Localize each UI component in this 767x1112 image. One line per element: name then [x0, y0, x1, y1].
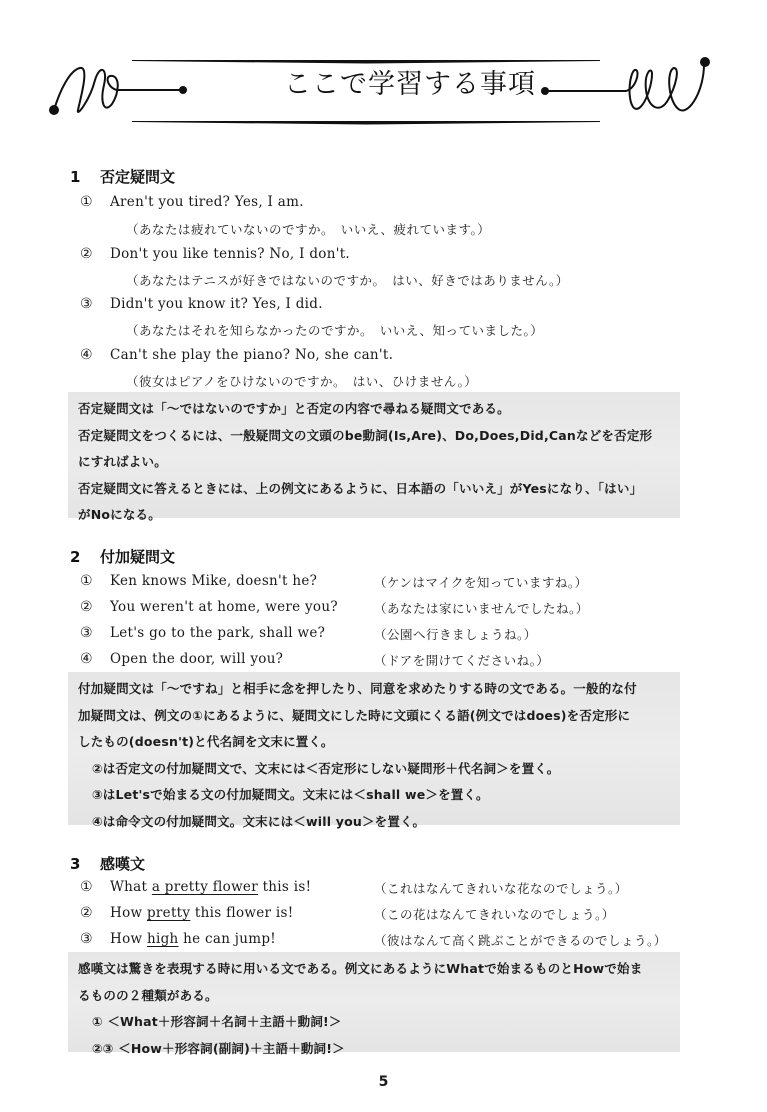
english-sentence: You weren't at home, were you?: [110, 599, 338, 615]
japanese-translation: （公園へ行きましょうね。）: [374, 625, 537, 643]
circled-number: ④: [80, 651, 93, 667]
japanese-translation: （あなたはそれを知らなかったのですか。 いいえ、知っていました。）: [126, 321, 543, 339]
explanation-line: ②③ ＜How＋形容詞(副詞)＋主語＋動詞!＞: [78, 1036, 670, 1063]
english-sentence: Didn't you know it? Yes, I did.: [110, 296, 323, 312]
page-number: 5: [0, 1074, 767, 1090]
explanation-line: 否定疑問文に答えるときには、上の例文にあるように、日本語の「いいえ」がYesにな…: [78, 476, 670, 503]
circled-number: ①: [80, 573, 93, 589]
explanation-line: したもの(doesn't)と代名詞を文末に置く。: [78, 729, 670, 756]
circled-number: ③: [80, 296, 93, 312]
japanese-translation: （あなたは家にいませんでしたね。）: [374, 599, 589, 617]
japanese-translation: （あなたは疲れていないのですか。 いいえ、疲れています。）: [126, 220, 490, 238]
explanation-line: にすればよい。: [78, 449, 670, 476]
explanation-line: 感嘆文は驚きを表現する時に用いる文である。例文にあるようにWhatで始まるものと…: [78, 956, 670, 983]
explanation-box: 付加疑問文は「～ですね」と相手に念を押したり、同意を求めたりする時の文である。一…: [68, 672, 680, 825]
japanese-translation: （この花はなんてきれいなのでしょう。）: [374, 905, 615, 923]
underlined-phrase: a pretty flower: [152, 879, 258, 895]
circled-number: ①: [80, 879, 93, 895]
section-title-text: 付加疑問文: [100, 548, 175, 566]
english-sentence: Don't you like tennis? No, I don't.: [110, 246, 350, 262]
circled-number: ②: [80, 246, 93, 262]
explanation-line: るものの２種類がある。: [78, 983, 670, 1010]
japanese-translation: （あなたはテニスが好きではないのですか。 はい、好きではありません。）: [126, 271, 569, 289]
section-heading-exclamations: 3感嘆文: [70, 853, 145, 874]
japanese-translation: （ケンはマイクを知っていますね。）: [374, 573, 588, 591]
japanese-translation: （ドアを開けてくださいね。）: [374, 651, 549, 669]
english-sentence: Aren't you tired? Yes, I am.: [110, 194, 304, 210]
english-sentence: Can't she play the piano? No, she can't.: [110, 347, 393, 363]
english-sentence: Let's go to the park, shall we?: [110, 625, 325, 641]
section-heading-negative-questions: 1否定疑問文: [70, 166, 175, 187]
explanation-line: ① ＜What＋形容詞＋名詞＋主語＋動詞!＞: [78, 1009, 670, 1036]
english-sentence: How high he can jump!: [110, 931, 276, 947]
page-title: ここで学習する事項: [260, 62, 560, 101]
explanation-line: 付加疑問文は「～ですね」と相手に念を押したり、同意を求めたりする時の文である。一…: [78, 676, 670, 703]
english-sentence: Ken knows Mike, doesn't he?: [110, 573, 317, 589]
explanation-line: ②は否定文の付加疑問文で、文末には＜否定形にしない疑問形＋代名詞＞を置く。: [78, 756, 670, 783]
underlined-phrase: pretty: [147, 905, 190, 921]
japanese-translation: （彼はなんて高く跳ぶことができるのでしょう。）: [374, 931, 667, 949]
english-sentence: What a pretty flower this is!: [110, 879, 311, 895]
circled-number: ③: [80, 625, 93, 641]
section-title-text: 感嘆文: [100, 855, 145, 873]
circled-number: ②: [80, 599, 93, 615]
circled-number: ④: [80, 347, 93, 363]
section-number: 2: [70, 548, 100, 566]
section-heading-tag-questions: 2付加疑問文: [70, 546, 175, 567]
explanation-line: 否定疑問文は「～ではないのですか」と否定の内容で尋ねる疑問文である。: [78, 396, 670, 423]
page-header-banner: ここで学習する事項: [40, 40, 740, 130]
english-sentence: Open the door, will you?: [110, 651, 283, 667]
explanation-box: 感嘆文は驚きを表現する時に用いる文である。例文にあるようにWhatで始まるものと…: [68, 952, 680, 1052]
explanation-line: ③はLet'sで始まる文の付加疑問文。文末には＜shall we＞を置く。: [78, 782, 670, 809]
english-sentence: How pretty this flower is!: [110, 905, 293, 921]
japanese-translation: （これはなんてきれいな花なのでしょう。）: [374, 879, 628, 897]
explanation-line: 加疑問文は、例文の①にあるように、疑問文にした時に文頭にくる語(例文ではdoes…: [78, 703, 670, 730]
underlined-phrase: high: [147, 931, 179, 947]
explanation-box: 否定疑問文は「～ではないのですか」と否定の内容で尋ねる疑問文である。 否定疑問文…: [68, 392, 680, 518]
japanese-translation: （彼女はピアノをひけないのですか。 はい、ひけません。）: [126, 372, 477, 390]
circled-number: ③: [80, 931, 93, 947]
circled-number: ①: [80, 194, 93, 210]
section-number: 1: [70, 168, 100, 186]
explanation-line: ④は命令文の付加疑問文。文末には＜will you＞を置く。: [78, 809, 670, 836]
explanation-line: 否定疑問文をつくるには、一般疑問文の文頭のbe動詞(Is,Are)、Do,Doe…: [78, 423, 670, 450]
explanation-line: がNoになる。: [78, 502, 670, 529]
section-title-text: 否定疑問文: [100, 168, 175, 186]
circled-number: ②: [80, 905, 93, 921]
section-number: 3: [70, 855, 100, 873]
